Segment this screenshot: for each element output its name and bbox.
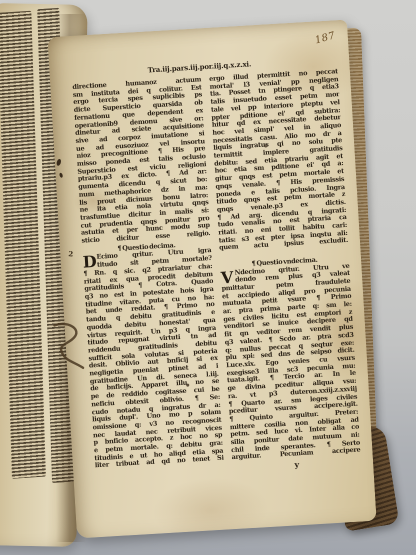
photo-background: 187 Tra.iij.pars.iij.por.iij.q.x.z.xi. d… — [0, 0, 416, 555]
right-text-column: ergo illud ptermittit no peccatmortal' l… — [209, 68, 361, 473]
drop-cap: D — [82, 254, 97, 270]
text-block: directione humanoz actuumsm instituta de… — [50, 62, 373, 482]
recto-page: 187 Tra.iij.pars.iij.por.iij.q.x.z.xi. d… — [47, 20, 376, 539]
repair-thread — [50, 317, 93, 375]
left-text-column: directione humanoz actuumsm instituta de… — [72, 76, 224, 481]
margin-note: 2 — [68, 249, 74, 258]
folio-number: 187 — [314, 30, 337, 46]
drop-cap: V — [220, 269, 233, 285]
